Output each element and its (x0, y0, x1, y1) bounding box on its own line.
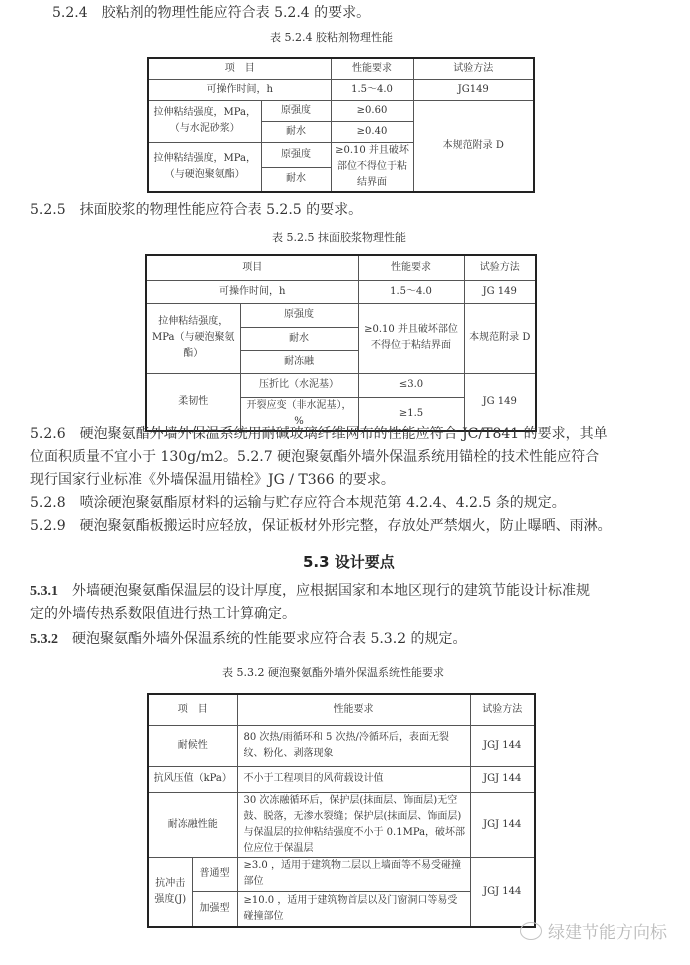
cell-requirement: 1.5～4.0 (358, 280, 464, 303)
header-item: 项目 (146, 255, 358, 280)
cell-subitem: 原强度 (261, 100, 331, 121)
cell-requirement: 不小于工程项目的风荷载设计值 (237, 766, 470, 792)
table-5-2-5: 项目 性能要求 试验方法 可操作时间，h 1.5～4.0 JG 149 拉伸粘结… (145, 254, 537, 432)
cell-requirement: ≥3.0 ，适用于建筑物二层以上墙面等不易受碰撞部位 (237, 857, 470, 891)
clause-5-2-7-line3: 现行国家行业标准《外墙保温用锚栓》JG / T366 的要求。 (30, 469, 395, 491)
cell-subitem: 耐水 (261, 167, 331, 191)
clause-5-2-6-line2: 位面积质量不宜小于 130g/m2。5.2.7 硬泡聚氨酯外墙外保温系统用锚栓的… (30, 446, 599, 468)
cell-subitem: 压折比（水泥基） (240, 373, 358, 397)
cell-item: 拉伸粘结强度，MPa，（与硬泡聚氨酯） (148, 142, 261, 192)
table-5-2-4: 项 目 性能要求 试验方法 可操作时间，h 1.5～4.0 JG149 拉伸粘结… (147, 57, 535, 193)
clause-5-3-2: 5.3.2硬泡聚氨酯外墙外保温系统的性能要求应符合表 5.3.2 的规定。 (30, 628, 467, 651)
cell-subitem: 原强度 (240, 303, 358, 327)
cell-requirement: ≥0.10 并且破坏部位不得位于粘结界面 (331, 142, 413, 192)
clause-5-2-5: 5.2.5抹面胶浆的物理性能应符合表 5.2.5 的要求。 (30, 199, 362, 221)
cell-requirement: ≥0.40 (331, 121, 413, 142)
clause-number: 5.3.1 (30, 581, 58, 603)
cell-item: 耐候性 (148, 725, 237, 766)
cell-item: 耐冻融性能 (148, 792, 237, 857)
cell-item: 抗风压值（kPa） (148, 766, 237, 792)
cell-item: 拉伸粘结强度，MPa（与硬泡聚氨酯） (146, 303, 240, 373)
cell-method: JG 149 (464, 280, 536, 303)
header-requirement: 性能要求 (237, 694, 470, 725)
clause-number: 5.2.6 (30, 423, 66, 445)
cell-item: 拉伸粘结强度，MPa，（与水泥砂浆） (148, 100, 261, 142)
cell-requirement: 80 次热/雨循环和 5 次热/冷循环后，表面无裂纹、粉化、剥落现象 (237, 725, 470, 766)
cell-subitem: 加强型 (192, 891, 237, 927)
table-caption-5-2-4: 表 5.2.4 胶粘剂物理性能 (270, 29, 393, 45)
table-5-3-2: 项 目 性能要求 试验方法 耐候性 80 次热/雨循环和 5 次热/冷循环后，表… (147, 693, 536, 928)
cell-method: 本规范附录 D (464, 303, 536, 373)
cell-subitem: 耐水 (240, 327, 358, 350)
clause-number: 5.2.5 (30, 199, 66, 221)
clause-5-2-6: 5.2.6硬泡聚氨酯外墙外保温系统用耐碱玻璃纤维网布的性能应符合 JC/T841… (30, 423, 608, 445)
cell-requirement: ≥0.60 (331, 100, 413, 121)
clause-number: 5.3.2 (30, 629, 58, 651)
header-method: 试验方法 (413, 58, 534, 79)
clause-number: 5.2.8 (30, 492, 66, 514)
cell-method: JGJ 144 (470, 857, 535, 927)
clause-5-2-8: 5.2.8喷涂硬泡聚氨酯原材料的运输与贮存应符合本规范第 4.2.4、4.2.5… (30, 492, 566, 514)
cell-subitem: 耐冻融 (240, 350, 358, 373)
header-requirement: 性能要求 (358, 255, 464, 280)
watermark: 绿建节能方向标 (520, 918, 667, 943)
cell-subitem: 原强度 (261, 142, 331, 167)
clause-5-2-9: 5.2.9硬泡聚氨酯板搬运时应轻放，保证板材外形完整，存放处严禁烟火，防止曝晒、… (30, 515, 612, 537)
cell-item: 抗冲击强度(J) (148, 857, 192, 927)
cell-item: 柔韧性 (146, 373, 240, 431)
cell-subitem: 耐水 (261, 121, 331, 142)
cell-requirement: 30 次冻融循环后，保护层(抹面层、饰面层)无空鼓、脱落，无渗水裂缝；保护层(抹… (237, 792, 470, 857)
header-method: 试验方法 (470, 694, 535, 725)
section-heading-5-3: 5.3 设计要点 (303, 551, 395, 572)
header-method: 试验方法 (464, 255, 536, 280)
cell-requirement: 1.5～4.0 (331, 79, 413, 100)
header-item: 项 目 (148, 58, 331, 79)
clause-5-3-1: 5.3.1外墙硬泡聚氨酯保温层的设计厚度，应根据国家和本地区现行的建筑节能设计标… (30, 580, 590, 603)
cell-method: JG149 (413, 79, 534, 100)
cell-requirement: ≤3.0 (358, 373, 464, 397)
header-requirement: 性能要求 (331, 58, 413, 79)
header-item: 项 目 (148, 694, 237, 725)
cell-method: JG 149 (464, 373, 536, 431)
cell-method: JGJ 144 (470, 725, 535, 766)
clause-number: 5.2.4 (52, 2, 88, 24)
wechat-icon (520, 922, 542, 940)
table-caption-5-2-5: 表 5.2.5 抹面胶浆物理性能 (272, 229, 406, 245)
cell-item: 可操作时间，h (146, 280, 358, 303)
table-caption-5-3-2: 表 5.3.2 硬泡聚氨酯外墙外保温系统性能要求 (222, 664, 444, 680)
cell-requirement: ≥10.0 ，适用于建筑物首层以及门窗洞口等易受碰撞部位 (237, 891, 470, 927)
cell-subitem: 普通型 (192, 857, 237, 891)
cell-method: 本规范附录 D (413, 100, 534, 192)
cell-item: 可操作时间，h (148, 79, 331, 100)
clause-5-3-1-line2: 定的外墙传热系数限值进行热工计算确定。 (30, 603, 296, 625)
cell-method: JGJ 144 (470, 766, 535, 792)
cell-requirement: ≥0.10 并且破坏部位不得位于粘结界面 (358, 303, 464, 373)
cell-method: JGJ 144 (470, 792, 535, 857)
clause-number: 5.2.9 (30, 515, 66, 537)
clause-5-2-4: 5.2.4胶粘剂的物理性能应符合表 5.2.4 的要求。 (52, 2, 370, 24)
watermark-text: 绿建节能方向标 (548, 923, 667, 943)
